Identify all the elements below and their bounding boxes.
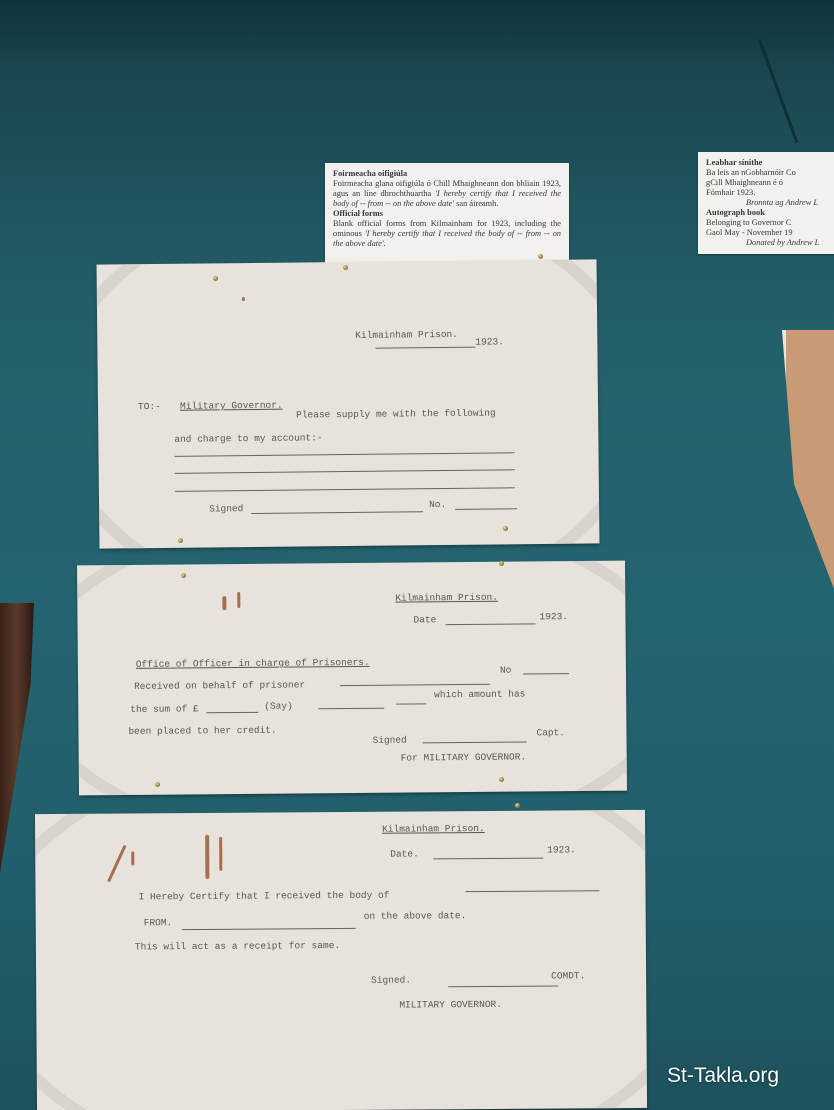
to-label: TO:- [138,401,161,412]
label-english-quote: 'I hereby certify that I received the bo… [333,229,561,248]
left-exhibit-frame [0,603,34,873]
pin [155,782,160,787]
signed-label: Signed [209,503,243,514]
form-year: 1923. [475,336,504,347]
from-label: FROM. [144,917,173,928]
label2-english-credit: Donated by Andrew L [706,238,830,248]
label2-irish-line: gCill Mhaighneann é ó [706,178,830,188]
say-line [318,708,384,710]
governor-label: MILITARY GOVERNOR. [399,999,502,1011]
label2-english-heading: Autograph book [706,208,830,218]
label-autograph-book: Leabhar sínithe Ba leis an nGobharnóir C… [698,152,834,254]
certify-text: I Hereby Certify that I received the bod… [139,890,390,903]
governor-label: For MILITARY GOVERNOR. [401,751,527,763]
label2-irish-line: Fómhair 1923. [706,188,830,198]
rank-label: Capt. [536,727,565,738]
stain [205,835,209,879]
date-line [375,347,475,349]
no-line [523,673,569,674]
pin [178,538,183,543]
label2-irish-credit: Bronnta ag Andrew L [706,198,830,208]
no-label: No. [429,499,446,510]
date-label: Date [413,614,436,625]
no-label: No [500,665,512,676]
blank-line [175,469,515,474]
above-date-text: on the above date. [364,910,467,922]
label-english-heading: Official forms [333,209,561,219]
form-year: 1923. [547,844,576,855]
rank-label: COMDT. [551,970,585,981]
right-exhibit-frame [782,330,834,610]
label-irish-text: Foirmeacha glana oifigiúla ó Chill Mhaig… [333,179,561,209]
blank-line [175,452,515,457]
stain [107,845,126,883]
date-line [446,623,536,625]
signature-line [251,511,423,514]
pin [538,254,543,259]
prisoner-line [340,684,490,686]
label2-english-line: Belonging to Governor C [706,218,830,228]
form-year: 1923. [539,611,568,622]
credit-text: been placed to her credit. [128,725,276,737]
label-irish-heading: Foirmeacha oifigiúla [333,169,561,179]
stain [222,596,226,610]
to-value: Military Governor. [180,400,283,412]
sum-line [206,712,258,713]
signature-line [448,985,558,987]
body-line-2: and charge to my account:- [174,432,322,445]
body-line-1: Please supply me with the following [296,407,496,420]
pin [503,526,508,531]
label-irish-text-2: san áireamh. [456,199,498,208]
pin [181,573,186,578]
receipt-text: This will act as a receipt for same. [135,940,340,952]
signature-line [423,741,527,743]
signed-label: Signed [372,735,406,746]
requisition-form: Kilmainham Prison. 1923. TO:- Military G… [97,259,600,548]
receipt-form: Kilmainham Prison. Date 1923. Office of … [77,561,627,796]
pin [499,777,504,782]
form-header: Kilmainham Prison. [355,329,458,341]
form-header: Kilmainham Prison. [382,823,485,835]
received-text: Received on behalf of prisoner [134,679,305,691]
watermark: St-Takla.org [667,1064,779,1088]
label2-english-line: Gaol May - November 19 [706,228,830,238]
pin [213,276,218,281]
say-label: (Say) [264,701,293,712]
body-certificate-form: Kilmainham Prison. Date. 1923. I Hereby … [35,810,647,1110]
label-official-forms: Foirmeacha oifigiúla Foirmeacha glana oi… [325,163,569,266]
from-line [182,928,356,930]
body-line [466,890,600,892]
date-label: Date. [390,848,419,859]
pin [515,803,520,808]
office-heading: Office of Officer in charge of Prisoners… [136,657,370,670]
stain [237,592,240,608]
form-header: Kilmainham Prison. [395,592,498,604]
sum-label: the sum of £ [130,703,199,715]
stain [219,837,222,871]
label2-irish-line: Ba leis an nGobharnóir Co [706,168,830,178]
which-text: which amount has [434,688,525,700]
stain [131,851,134,865]
no-line [455,508,517,510]
say-line-2 [396,703,426,704]
stain [242,297,245,301]
label-english-text: Blank official forms from Kilmainham for… [333,219,561,249]
pin [343,265,348,270]
label2-irish-heading: Leabhar sínithe [706,158,830,168]
date-line [433,858,543,860]
case-top-shadow [0,0,834,70]
pin [499,561,504,566]
blank-line [175,487,515,492]
signed-label: Signed. [371,975,411,986]
